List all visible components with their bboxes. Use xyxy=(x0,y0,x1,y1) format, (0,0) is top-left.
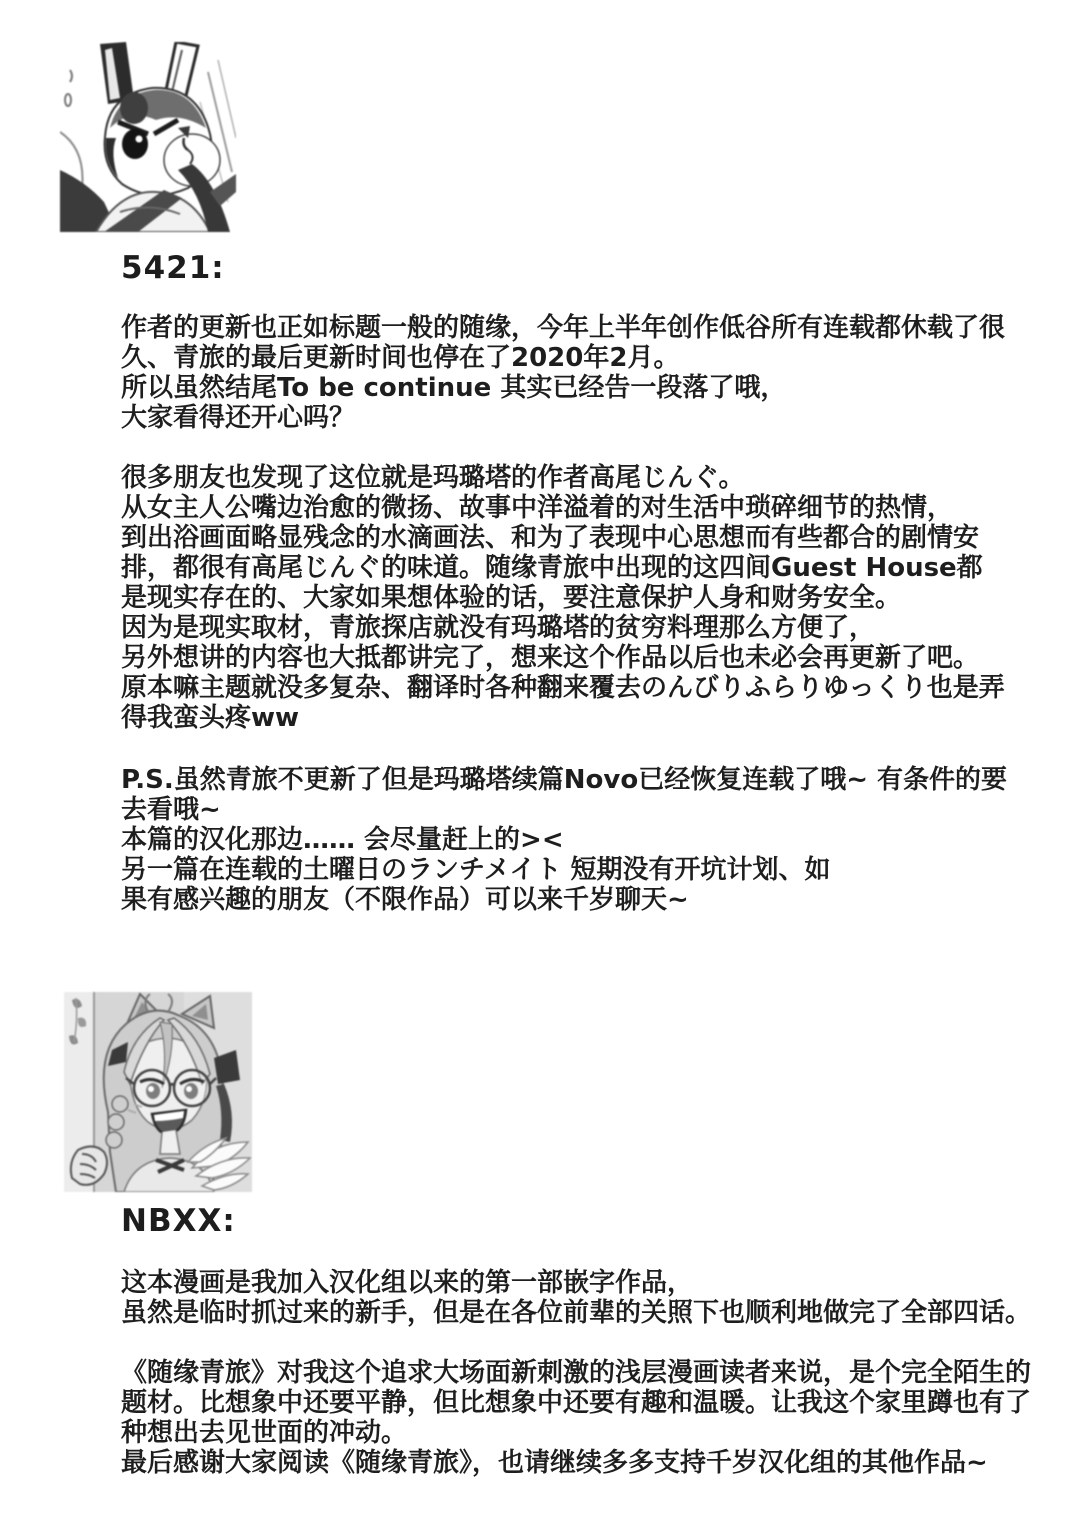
comment-paragraph: 这本漫画是我加入汉化组以来的第一部嵌字作品， 虽然是临时抓过来的新手，但是在各位… xyxy=(121,1268,1071,1328)
catgirl-avatar-image xyxy=(64,992,252,1192)
afterword-page: 5421: 作者的更新也正如标题一般的随缘，今年上半年创作低谷所有连载都休载了很… xyxy=(0,0,1080,1537)
commenter-username: NBXX: xyxy=(121,1203,236,1239)
comment-paragraph: 《随缘青旅》对我这个追求大场面新刺激的浅层漫画读者来说，是个完全陌生的 题材。比… xyxy=(121,1358,1071,1478)
comment-paragraph-ps: P.S.虽然青旅不更新了但是玛璐塔续篇Novo已经恢复连载了哦~ 有条件的要 去… xyxy=(121,765,1071,915)
comment-paragraph: 作者的更新也正如标题一般的随缘，今年上半年创作低谷所有连载都休载了很 久、青旅的… xyxy=(121,313,1071,433)
rabbit-avatar-image xyxy=(60,42,236,232)
comment-paragraph: 很多朋友也发现了这位就是玛璐塔的作者高尾じんぐ。 从女主人公嘴边治愈的微扬、故事… xyxy=(121,463,1071,733)
commenter-username: 5421: xyxy=(121,250,225,286)
